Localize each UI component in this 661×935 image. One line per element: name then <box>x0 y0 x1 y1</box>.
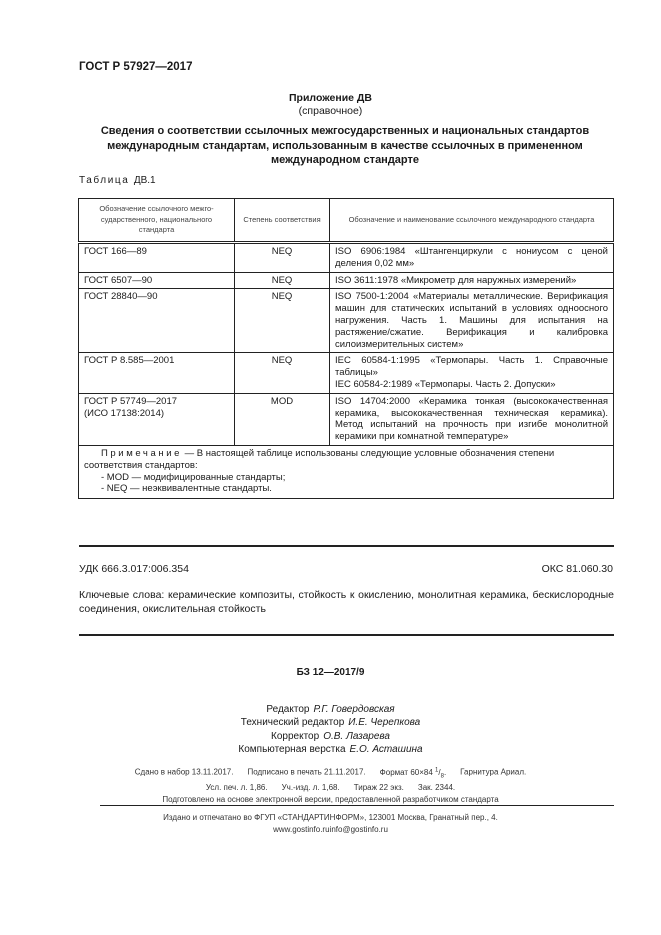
table-row: ГОСТ 166—89 NEQ ISO 6906:1984 «Штангенци… <box>79 243 614 273</box>
national-code: ГОСТ 6507—90 <box>84 275 229 287</box>
credit-tech-editor: Технический редакторИ.Е. Черепкова <box>0 716 661 729</box>
credit-role: Компьютерная верстка <box>238 744 345 755</box>
international-standard: ISO 7500-1:2004 «Материалы металлические… <box>335 291 608 350</box>
national-code-equivalent: (ИСО 17138:2014) <box>84 408 229 420</box>
credit-role: Корректор <box>271 731 319 742</box>
national-code: ГОСТ 166—89 <box>84 246 229 258</box>
note-lead: Примечание <box>101 448 182 459</box>
annex-title: Приложение ДВ <box>0 92 661 104</box>
edit-sheets: Уч.-изд. л. 1,68. <box>282 783 340 792</box>
column-header-international: Обозначение и наименование ссылочного ме… <box>330 199 614 243</box>
cell-degree: MOD <box>235 393 330 445</box>
format-prefix: Формат 60×84 <box>380 768 433 777</box>
international-standard: ISO 14704:2000 «Керамика тонкая (высокок… <box>335 396 608 443</box>
credit-proofreader: КорректорО.В. Лазарева <box>0 730 661 743</box>
note-paragraph: Примечание — В настоящей таблице использ… <box>84 448 608 472</box>
format-numerator: 1 <box>435 767 438 773</box>
credit-name: Е.О. Асташина <box>350 744 423 755</box>
table-header-row: Обозначение ссылочного межго-сударственн… <box>79 199 614 243</box>
table-caption-number: ДВ.1 <box>134 175 156 186</box>
imprint: Сдано в набор 13.11.2017.Подписано в печ… <box>0 764 661 806</box>
imprint-line-1: Сдано в набор 13.11.2017.Подписано в печ… <box>0 764 661 782</box>
national-code: ГОСТ Р 8.585—2001 <box>84 355 229 367</box>
cell-international: IEC 60584-1:1995 «Термопары. Часть 1. Сп… <box>330 353 614 393</box>
divider <box>100 805 614 806</box>
keywords: Ключевые слова: керамические композиты, … <box>79 589 614 616</box>
table-row: ГОСТ 6507—90 NEQ ISO 3611:1978 «Микромет… <box>79 272 614 289</box>
typeface: Гарнитура Ариал. <box>460 768 526 777</box>
table-caption: Таблица ДВ.1 <box>79 175 156 186</box>
divider <box>79 634 614 636</box>
national-code: ГОСТ Р 57749—2017 <box>84 396 229 408</box>
cell-national: ГОСТ 28840—90 <box>79 289 235 353</box>
oks-code: ОКС 81.060.30 <box>542 563 613 575</box>
credit-role: Технический редактор <box>241 717 344 728</box>
standards-table: Обозначение ссылочного межго-сударственн… <box>78 198 614 499</box>
annex-subtitle: (справочное) <box>0 105 661 117</box>
national-code: ГОСТ 28840—90 <box>84 291 229 303</box>
column-header-national: Обозначение ссылочного межго-сударственн… <box>79 199 235 243</box>
table-row: ГОСТ 28840—90 NEQ ISO 7500-1:2004 «Матер… <box>79 289 614 353</box>
imprint-line-2: Усл. печ. л. 1,86.Уч.-изд. л. 1,68.Тираж… <box>0 782 661 794</box>
cell-international: ISO 6906:1984 «Штангенциркули с нониусом… <box>330 243 614 273</box>
cell-international: ISO 14704:2000 «Керамика тонкая (высокок… <box>330 393 614 445</box>
publisher: Издано и отпечатано во ФГУП «СТАНДАРТИНФ… <box>0 812 661 836</box>
credit-layout: Компьютерная версткаЕ.О. Асташина <box>0 743 661 756</box>
table-row: ГОСТ Р 8.585—2001 NEQ IEC 60584-1:1995 «… <box>79 353 614 393</box>
publisher-website[interactable]: www.gostinfo.ru <box>273 825 329 834</box>
publisher-address: Издано и отпечатано во ФГУП «СТАНДАРТИНФ… <box>0 812 661 824</box>
order-number: Зак. 2344. <box>418 783 455 792</box>
note-item-mod: - MOD — модифицированные стандарты; <box>84 472 608 484</box>
submitted-date: Сдано в набор 13.11.2017. <box>135 768 234 777</box>
international-standard-2: IEC 60584-2:1989 «Термопары. Часть 2. До… <box>335 379 608 391</box>
print-sheets: Усл. печ. л. 1,86. <box>206 783 268 792</box>
cell-international: ISO 3611:1978 «Микрометр для наружных из… <box>330 272 614 289</box>
cell-national: ГОСТ 166—89 <box>79 243 235 273</box>
document-code: ГОСТ Р 57927—2017 <box>79 61 192 73</box>
publisher-contacts: www.gostinfo.ruinfo@gostinfo.ru <box>0 824 661 836</box>
international-standard: ISO 3611:1978 «Микрометр для наружных из… <box>335 275 608 287</box>
column-header-degree: Степень соответствия <box>235 199 330 243</box>
note-item-neq: - NEQ — неэквивалентные стандарты. <box>84 483 608 495</box>
cell-international: ISO 7500-1:2004 «Материалы металлические… <box>330 289 614 353</box>
credit-name: И.Е. Черепкова <box>348 717 420 728</box>
cell-degree: NEQ <box>235 289 330 353</box>
circulation: Тираж 22 экз. <box>354 783 404 792</box>
cell-degree: NEQ <box>235 272 330 289</box>
table-row: ГОСТ Р 57749—2017 (ИСО 17138:2014) MOD I… <box>79 393 614 445</box>
cell-national: ГОСТ Р 8.585—2001 <box>79 353 235 393</box>
publisher-email[interactable]: info@gostinfo.ru <box>330 825 388 834</box>
credit-name: О.В. Лазарева <box>323 731 390 742</box>
paper-format: Формат 60×84 1/8. <box>380 768 447 777</box>
cell-degree: NEQ <box>235 243 330 273</box>
cell-degree: NEQ <box>235 353 330 393</box>
table-caption-word: Таблица <box>79 175 129 186</box>
credit-role: Редактор <box>266 704 309 715</box>
credits: РедакторР.Г. Говердовская Технический ре… <box>0 703 661 756</box>
international-standard: ISO 6906:1984 «Штангенциркули с нониусом… <box>335 246 608 270</box>
cell-national: ГОСТ Р 57749—2017 (ИСО 17138:2014) <box>79 393 235 445</box>
bz-number: БЗ 12—2017/9 <box>0 667 661 678</box>
annex-heading: Сведения о соответствии ссылочных межгос… <box>95 124 595 168</box>
divider <box>79 545 614 547</box>
table-note: Примечание — В настоящей таблице использ… <box>79 445 614 498</box>
credit-name: Р.Г. Говердовская <box>313 704 394 715</box>
format-suffix: . <box>444 768 446 777</box>
international-standard: IEC 60584-1:1995 «Термопары. Часть 1. Сп… <box>335 355 608 379</box>
udk-code: УДК 666.3.017:006.354 <box>79 563 189 575</box>
table-note-row: Примечание — В настоящей таблице использ… <box>79 445 614 498</box>
signed-date: Подписано в печать 21.11.2017. <box>247 768 365 777</box>
cell-national: ГОСТ 6507—90 <box>79 272 235 289</box>
credit-editor: РедакторР.Г. Говердовская <box>0 703 661 716</box>
